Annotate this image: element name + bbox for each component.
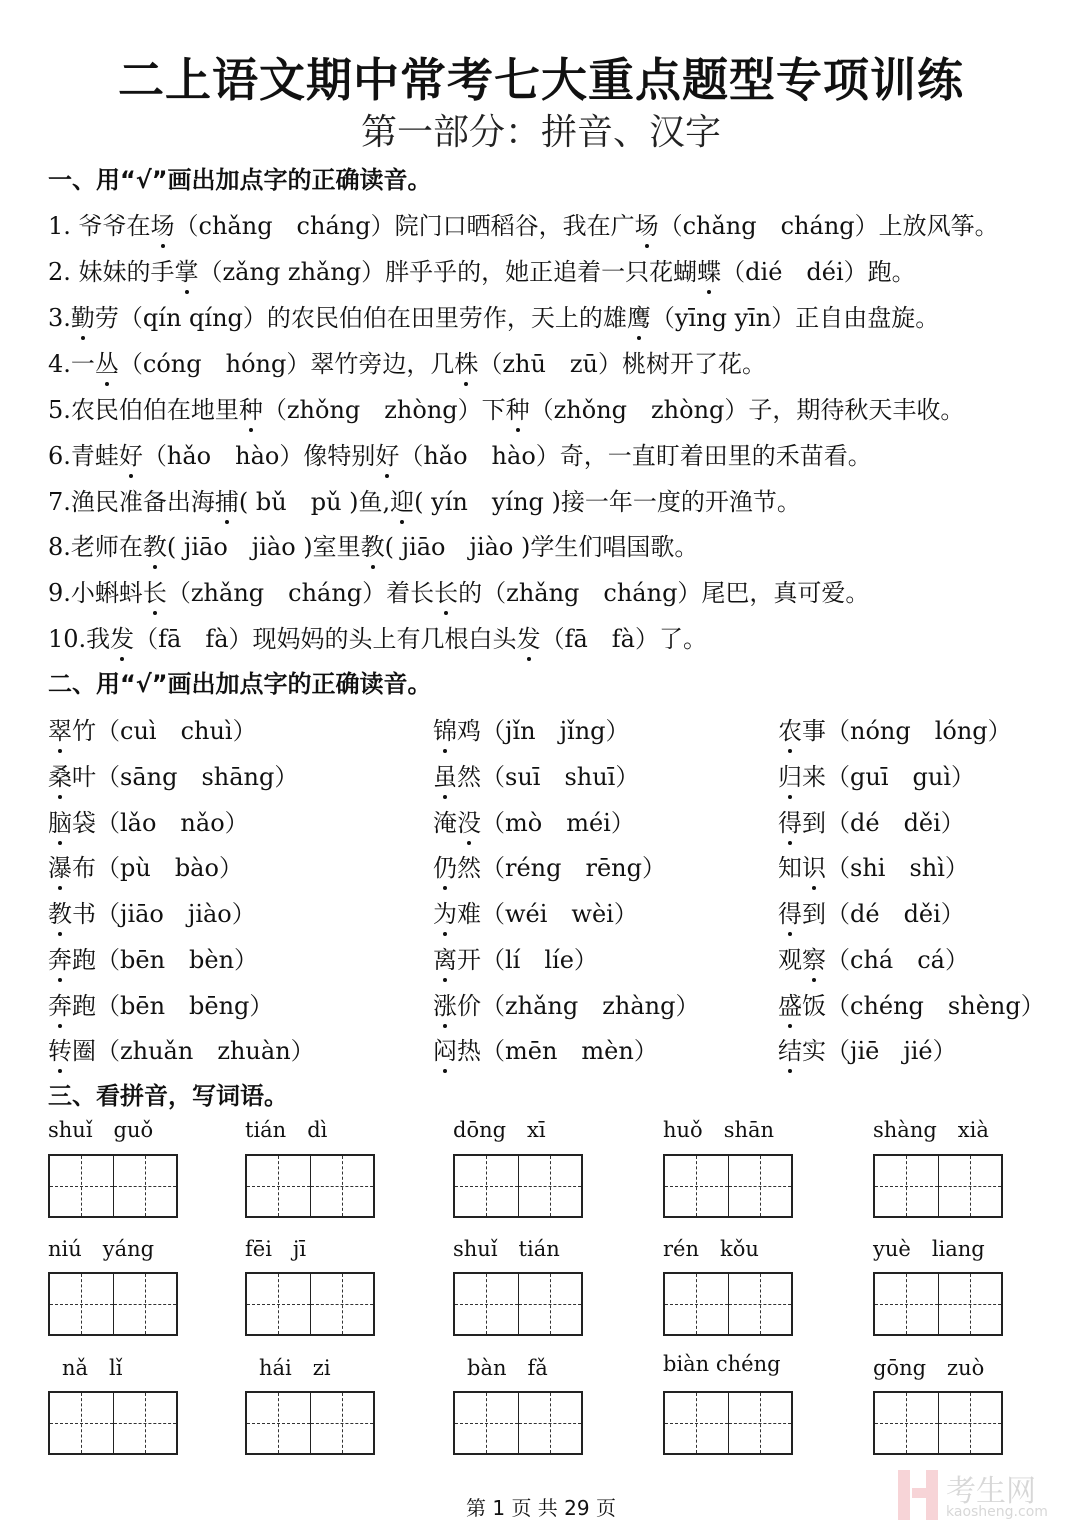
tianzi-cell[interactable] <box>665 1156 728 1216</box>
tianzi-cell[interactable] <box>247 1156 310 1216</box>
word-pinyin-options: 然（réng rēng） <box>457 854 666 882</box>
dotted-character: 察 <box>802 940 826 975</box>
word-pinyin-options: （mò méi） <box>481 809 635 837</box>
watermark-logo-icon <box>898 1470 938 1520</box>
question-text: （fā fà）了。 <box>541 625 707 653</box>
dotted-character: 识 <box>802 848 826 883</box>
question-line: 5.农民伯伯在地里种（zhǒng zhòng）下种（zhǒng zhòng）子，… <box>48 390 964 425</box>
word-pinyin-options: （shi shì） <box>826 854 969 882</box>
pinyin-prompt: biàn chéng <box>663 1352 781 1376</box>
tianzi-cell[interactable] <box>113 1156 177 1216</box>
word-pinyin-options: 事（nóng lóng） <box>802 717 1012 745</box>
dotted-character: 转 <box>48 1031 72 1066</box>
dotted-character: 盛 <box>778 986 802 1021</box>
word-item: 教书（jiāo jiào） <box>48 894 256 929</box>
dotted-character: 归 <box>778 757 802 792</box>
question-text: （zhǒng zhòng）子，期待秋天丰收。 <box>530 396 965 424</box>
tianzi-cell[interactable] <box>455 1274 518 1334</box>
pinyin-prompt: yuè liang <box>873 1233 985 1263</box>
question-text: （fā fà）现妈妈的头上有几根白头 <box>134 625 516 653</box>
dotted-character: 淹 <box>433 809 457 837</box>
tianzi-cell[interactable] <box>938 1393 1002 1453</box>
question-text: ( jiāo jiào )学生们唱国歌。 <box>385 533 699 561</box>
dotted-character: 得 <box>778 803 802 838</box>
writing-grid-box[interactable] <box>663 1154 793 1218</box>
question-text: 2. 妹妹的手 <box>48 258 175 286</box>
question-text: （zǎng zhǎng）胖乎乎的，她正追着一只花蝴 <box>199 258 698 286</box>
question-line: 3.勤劳（qín qíng）的农民伯伯在田里劳作，天上的雄鹰（yīng yīn）… <box>48 298 939 333</box>
word-pinyin-options: 跑（bēn bèn） <box>72 946 258 974</box>
tianzi-cell[interactable] <box>113 1274 177 1334</box>
word-pinyin-options: 然（suī shuī） <box>457 763 639 791</box>
dotted-character: 种 <box>506 390 530 425</box>
word-item: 锦鸡（jǐn jǐng） <box>433 711 630 746</box>
question-line: 9.小蝌蚪长（zhǎng cháng）着长长的（zhǎng cháng）尾巴，真… <box>48 573 869 608</box>
tianzi-cell[interactable] <box>875 1274 938 1334</box>
tianzi-cell[interactable] <box>875 1393 938 1453</box>
pinyin-prompt: shàng xià <box>873 1114 989 1144</box>
dotted-character: 离 <box>433 940 457 975</box>
tianzi-cell[interactable] <box>310 1274 374 1334</box>
question-line: 8.老师在教( jiāo jiào )室里教( jiāo jiào )学生们唱国… <box>48 527 698 562</box>
word-item: 离开（lí líe） <box>433 940 598 975</box>
word-item: 得到（dé děi） <box>778 803 965 838</box>
word-item: 结实（jiē jié） <box>778 1031 957 1066</box>
pinyin-prompt: huǒ shān <box>663 1114 774 1144</box>
dotted-character: 长 <box>143 573 167 608</box>
word-item: 为难（wéi wèi） <box>433 894 638 929</box>
dotted-character: 发 <box>110 619 134 654</box>
word-item: 涨价（zhǎng zhàng） <box>433 986 699 1021</box>
pinyin-prompt: tián dì <box>245 1114 327 1144</box>
word-pinyin-options: 饭（chéng shèng） <box>802 992 1045 1020</box>
question-text: 7.渔民准备出海 <box>48 488 215 516</box>
word-item: 转圈（zhuǎn zhuàn） <box>48 1031 315 1066</box>
question-text: 4.一 <box>48 350 95 378</box>
question-text: ( jiāo jiào )室里 <box>167 533 361 561</box>
dotted-character: 捕 <box>215 482 239 517</box>
word-pinyin-options: 实（jiē jié） <box>802 1037 957 1065</box>
dotted-character: 奔 <box>48 940 72 975</box>
word-pinyin-options: 开（lí líe） <box>457 946 598 974</box>
tianzi-cell[interactable] <box>518 1393 582 1453</box>
question-text: （hǎo hào）奇，一直盯着田里的禾苗看。 <box>399 442 871 470</box>
section-1-heading: 一、用“√”画出加点字的正确读音。 <box>48 160 432 195</box>
question-text: （cóng hóng）翠竹旁边，几 <box>119 350 454 378</box>
tianzi-cell[interactable] <box>938 1156 1002 1216</box>
tianzi-cell[interactable] <box>728 1156 792 1216</box>
word-item: 仍然（réng rēng） <box>433 848 666 883</box>
dotted-character: 株 <box>454 344 478 379</box>
dotted-character: 农 <box>778 711 802 746</box>
word-item: 观察（chá cá） <box>778 940 969 975</box>
dotted-character: 没 <box>457 803 481 838</box>
dotted-character: 结 <box>778 1031 802 1066</box>
question-text: ( yín yíng )接一年一度的开渔节。 <box>414 488 801 516</box>
dotted-character: 得 <box>778 894 802 929</box>
tianzi-cell[interactable] <box>665 1274 728 1334</box>
word-item: 农事（nóng lóng） <box>778 711 1012 746</box>
pinyin-prompt: niú yáng <box>48 1233 154 1263</box>
word-item: 淹没（mò méi） <box>433 803 635 838</box>
question-text: 5.农民伯伯在地里 <box>48 396 239 424</box>
pinyin-prompt: rén kǒu <box>663 1233 759 1263</box>
dotted-character: 知 <box>778 854 802 882</box>
writing-grid-box[interactable] <box>245 1154 375 1218</box>
word-pinyin-options: 叶（sāng shāng） <box>72 763 298 791</box>
writing-grid-box[interactable] <box>48 1154 178 1218</box>
watermark-url: kaosheng.com <box>946 1504 1048 1520</box>
question-text: 9.小蝌蚪 <box>48 579 143 607</box>
dotted-character: 种 <box>239 390 263 425</box>
pinyin-prompt: fēi jī <box>245 1233 306 1263</box>
word-pinyin-options: （chá cá） <box>826 946 969 974</box>
dotted-character: 掌 <box>175 252 199 287</box>
word-pinyin-options: 圈（zhuǎn zhuàn） <box>72 1037 315 1065</box>
word-pinyin-options: 竹（cuì chuì） <box>72 717 257 745</box>
dotted-character: 勤 <box>71 298 95 333</box>
writing-grid-box[interactable] <box>48 1391 178 1455</box>
word-pinyin-options: 跑（bēn bēng） <box>72 992 273 1020</box>
dotted-character: 虽 <box>433 757 457 792</box>
writing-grid-box[interactable] <box>453 1154 583 1218</box>
tianzi-cell[interactable] <box>938 1274 1002 1334</box>
question-line: 6.青蛙好（hǎo hào）像特别好（hǎo hào）奇，一直盯着田里的禾苗看。 <box>48 436 872 471</box>
word-pinyin-options: 布（pù bào） <box>72 854 243 882</box>
word-item: 虽然（suī shuī） <box>433 757 639 792</box>
dotted-character: 奔 <box>48 986 72 1021</box>
writing-grid-box[interactable] <box>873 1154 1003 1218</box>
section-2-heading: 二、用“√”画出加点字的正确读音。 <box>48 664 432 699</box>
dotted-character: 好 <box>375 436 399 471</box>
word-pinyin-options: 到（dé děi） <box>802 809 965 837</box>
dotted-character: 丛 <box>95 344 119 379</box>
question-line: 2. 妹妹的手掌（zǎng zhǎng）胖乎乎的，她正追着一只花蝴蝶（dié d… <box>48 252 916 287</box>
word-item: 知识（shi shì） <box>778 848 969 883</box>
dotted-character: 观 <box>778 946 802 974</box>
tianzi-cell[interactable] <box>518 1156 582 1216</box>
question-text: 6.青蛙 <box>48 442 119 470</box>
word-item: 翠竹（cuì chuì） <box>48 711 257 746</box>
word-item: 盛饭（chéng shèng） <box>778 986 1045 1021</box>
question-text: 劳（qín qíng）的农民伯伯在田里劳作，天上的雄 <box>95 304 627 332</box>
tianzi-cell[interactable] <box>50 1274 113 1334</box>
question-text: 3. <box>48 304 71 332</box>
question-line: 4.一丛（cóng hóng）翠竹旁边，几株（zhū zū）桃树开了花。 <box>48 344 766 379</box>
dotted-character: 教 <box>361 527 385 562</box>
question-text: 10.我 <box>48 625 110 653</box>
tianzi-cell[interactable] <box>665 1393 728 1453</box>
word-item: 脑袋（lǎo nǎo） <box>48 803 249 838</box>
word-item: 闷热（mēn mèn） <box>433 1031 658 1066</box>
writing-grid-box[interactable] <box>663 1272 793 1336</box>
tianzi-cell[interactable] <box>518 1274 582 1334</box>
question-text: （zhǎng cháng）着长 <box>167 579 434 607</box>
pinyin-prompt: shuǐ guǒ <box>48 1114 153 1144</box>
question-text: （zhǒng zhòng）下 <box>263 396 506 424</box>
dotted-character: 脑 <box>48 803 72 838</box>
question-text: （hǎo hào）像特别 <box>143 442 375 470</box>
dotted-character: 瀑 <box>48 848 72 883</box>
dotted-character: 蝶 <box>697 252 721 287</box>
dotted-character: 锦 <box>433 711 457 746</box>
question-text: 1. 爷爷在 <box>48 212 151 240</box>
tianzi-cell[interactable] <box>310 1393 374 1453</box>
dotted-character: 发 <box>517 619 541 654</box>
dotted-character: 场 <box>635 206 659 241</box>
writing-grid-box[interactable] <box>873 1272 1003 1336</box>
dotted-character: 鹰 <box>627 298 651 333</box>
word-item: 得到（dé děi） <box>778 894 965 929</box>
tianzi-cell[interactable] <box>455 1156 518 1216</box>
word-pinyin-options: 书（jiāo jiào） <box>72 900 256 928</box>
word-item: 桑叶（sāng shāng） <box>48 757 298 792</box>
tianzi-cell[interactable] <box>728 1274 792 1334</box>
question-text: （chǎng cháng）院门口晒稻谷，我在广 <box>175 212 635 240</box>
word-pinyin-options: 难（wéi wèi） <box>457 900 638 928</box>
dotted-character: 翠 <box>48 711 72 746</box>
writing-grid-box[interactable] <box>453 1272 583 1336</box>
dotted-character: 场 <box>151 206 175 241</box>
question-text: （zhū zū）桃树开了花。 <box>478 350 766 378</box>
page-title: 二上语文期中常考七大重点题型专项训练 <box>0 44 1082 110</box>
question-line: 7.渔民准备出海捕( bǔ pǔ )鱼,迎( yín yíng )接一年一度的开… <box>48 482 801 517</box>
dotted-character: 教 <box>48 894 72 929</box>
dotted-character: 为 <box>433 894 457 929</box>
tianzi-cell[interactable] <box>50 1393 113 1453</box>
dotted-character: 仍 <box>433 848 457 883</box>
question-text: （chǎng cháng）上放风筝。 <box>659 212 999 240</box>
word-pinyin-options: 鸡（jǐn jǐng） <box>457 717 630 745</box>
tianzi-cell[interactable] <box>247 1393 310 1453</box>
tianzi-cell[interactable] <box>875 1156 938 1216</box>
tianzi-cell[interactable] <box>728 1393 792 1453</box>
word-item: 瀑布（pù bào） <box>48 848 243 883</box>
question-line: 1. 爷爷在场（chǎng cháng）院门口晒稻谷，我在广场（chǎng ch… <box>48 206 999 241</box>
writing-grid-box[interactable] <box>245 1272 375 1336</box>
question-line: 10.我发（fā fà）现妈妈的头上有几根白头发（fā fà）了。 <box>48 619 707 654</box>
dotted-character: 教 <box>143 527 167 562</box>
writing-grid-box[interactable] <box>663 1391 793 1455</box>
question-text: 的（zhǎng cháng）尾巴，真可爱。 <box>458 579 869 607</box>
writing-grid-box[interactable] <box>453 1391 583 1455</box>
dotted-character: 桑 <box>48 757 72 792</box>
word-pinyin-options: 热（mēn mèn） <box>457 1037 658 1065</box>
pinyin-prompt: gōng zuò <box>873 1352 984 1382</box>
pinyin-prompt: shuǐ tián <box>453 1233 560 1263</box>
question-text: （yīng yīn）正自由盘旋。 <box>651 304 939 332</box>
word-pinyin-options: 价（zhǎng zhàng） <box>457 992 699 1020</box>
writing-grid-box[interactable] <box>48 1272 178 1336</box>
pinyin-prompt: dōng xī <box>453 1114 546 1144</box>
page-subtitle: 第一部分：拼音、汉字 <box>0 104 1082 155</box>
question-text: ( bǔ pǔ )鱼, <box>239 488 390 516</box>
pinyin-prompt: nǎ lǐ <box>62 1352 122 1382</box>
dotted-character: 好 <box>119 436 143 471</box>
dotted-character: 迎 <box>390 482 414 517</box>
watermark: 考生网 kaosheng.com <box>898 1466 1068 1526</box>
word-item: 奔跑（bēn bèn） <box>48 940 258 975</box>
question-text: 8.老师在 <box>48 533 143 561</box>
dotted-character: 长 <box>434 573 458 608</box>
word-pinyin-options: 袋（lǎo nǎo） <box>72 809 249 837</box>
question-text: （dié déi）跑。 <box>721 258 915 286</box>
tianzi-cell[interactable] <box>247 1274 310 1334</box>
tianzi-cell[interactable] <box>310 1156 374 1216</box>
dotted-character: 闷 <box>433 1031 457 1066</box>
writing-grid-box[interactable] <box>873 1391 1003 1455</box>
word-item: 归来（guī guì） <box>778 757 975 792</box>
word-item: 奔跑（bēn bēng） <box>48 986 273 1021</box>
word-pinyin-options: 来（guī guì） <box>802 763 975 791</box>
section-3-heading: 三、看拼音，写词语。 <box>48 1076 288 1111</box>
pinyin-prompt: hái zi <box>259 1352 331 1382</box>
tianzi-cell[interactable] <box>113 1393 177 1453</box>
tianzi-cell[interactable] <box>455 1393 518 1453</box>
tianzi-cell[interactable] <box>50 1156 113 1216</box>
pinyin-prompt: bàn fǎ <box>467 1352 548 1382</box>
dotted-character: 涨 <box>433 986 457 1021</box>
writing-grid-box[interactable] <box>245 1391 375 1455</box>
word-pinyin-options: 到（dé děi） <box>802 900 965 928</box>
